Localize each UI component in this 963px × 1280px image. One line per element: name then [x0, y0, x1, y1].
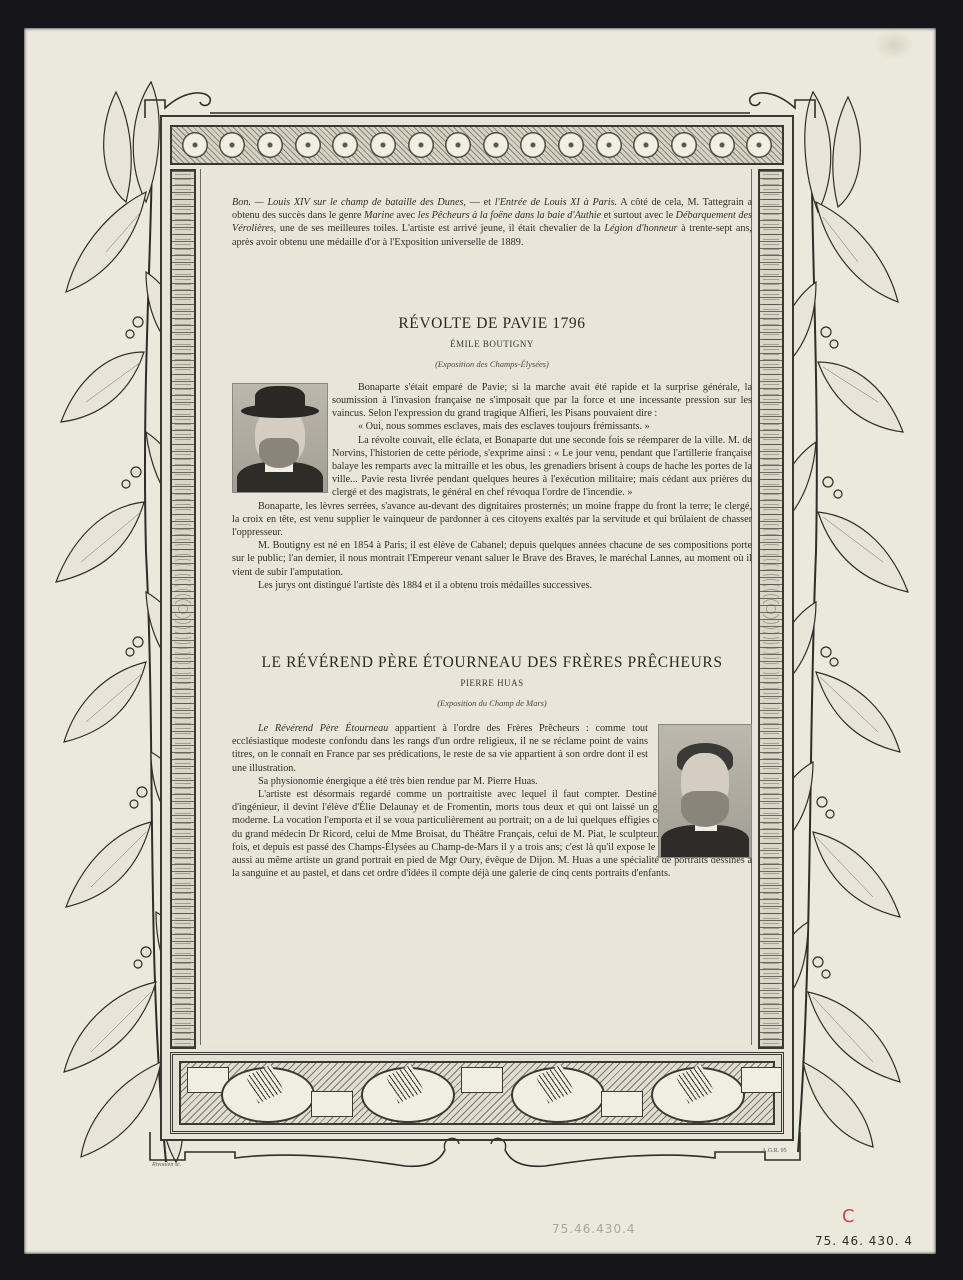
- flower-icon: [671, 132, 697, 158]
- flower-icon: [257, 132, 283, 158]
- flower-icon: [709, 132, 735, 158]
- section-exhibition: (Exposition des Champs-Élysées): [232, 359, 752, 369]
- paragraph: Bonaparte s'était emparé de Pavie; si la…: [332, 381, 752, 421]
- paragraph: Sa physionomie énergique a été très bien…: [232, 775, 648, 788]
- intro-paragraph: Bon. — Louis XIV sur le champ de bataill…: [232, 196, 752, 249]
- scroll-ornament-icon: [145, 1130, 805, 1168]
- paragraph: M. Boutigny est né en 1854 à Paris; il e…: [232, 539, 752, 579]
- ornamental-band-left: [170, 169, 196, 1049]
- flower-icon: [182, 132, 208, 158]
- flower-icon: [746, 132, 772, 158]
- flower-icon: [295, 132, 321, 158]
- section-title-revolte-de-pavie: RÉVOLTE DE PAVIE 1796: [232, 315, 752, 333]
- flower-icon: [483, 132, 509, 158]
- flower-icon: [558, 132, 584, 158]
- flower-icon: [408, 132, 434, 158]
- portrait-emile-boutigny: [232, 383, 328, 493]
- flower-icon: [520, 132, 546, 158]
- paragraph: Les jurys ont distingué l'artiste dès 18…: [232, 579, 752, 592]
- floral-band-top: [170, 125, 784, 165]
- blank-plaque: [461, 1067, 503, 1093]
- artist-monogram: A.G.R. 95: [762, 1148, 787, 1154]
- blank-plaque: [601, 1091, 643, 1117]
- paragraph: Le Révérend Père Étourneau appartient à …: [232, 722, 648, 775]
- article-content: Bon. — Louis XIV sur le champ de bataill…: [232, 196, 752, 881]
- paragraph: La révolte couvait, elle éclata, et Bona…: [332, 434, 752, 500]
- pencil-inventory-number: 75.46.430.4: [552, 1222, 636, 1236]
- flower-icon: [445, 132, 471, 158]
- section-author: PIERRE HUAS: [232, 678, 752, 688]
- blank-plaque: [311, 1091, 353, 1117]
- portrait-pere-etourneau: [658, 724, 752, 858]
- frame-top-scrollwork: [140, 80, 820, 120]
- flower-icon: [219, 132, 245, 158]
- blank-plaque: [741, 1067, 783, 1093]
- flower-icon: [633, 132, 659, 158]
- frame-bottom-scrollwork: [145, 1130, 805, 1168]
- section-author: ÉMILE BOUTIGNY: [232, 339, 752, 349]
- ornamental-band-right: [758, 169, 784, 1049]
- red-c-mark: C: [842, 1206, 855, 1227]
- flower-icon: [370, 132, 396, 158]
- scroll-ornament-icon: [140, 80, 820, 120]
- paragraph: « Oui, nous sommes esclaves, mais des es…: [332, 420, 752, 433]
- inventory-number: 75. 46. 430. 4: [815, 1234, 913, 1248]
- flower-icon: [332, 132, 358, 158]
- flower-icon: [596, 132, 622, 158]
- section-title-pere-etourneau: LE RÉVÉREND PÈRE ÉTOURNEAU DES FRÈRES PR…: [218, 654, 766, 672]
- section-exhibition: (Exposition du Champ de Mars): [232, 698, 752, 708]
- paragraph: Bonaparte, les lèvres serrées, s'avance …: [232, 500, 752, 540]
- engraver-signature: Rivoalen sc.: [152, 1162, 181, 1168]
- palette-band-bottom: [170, 1052, 784, 1134]
